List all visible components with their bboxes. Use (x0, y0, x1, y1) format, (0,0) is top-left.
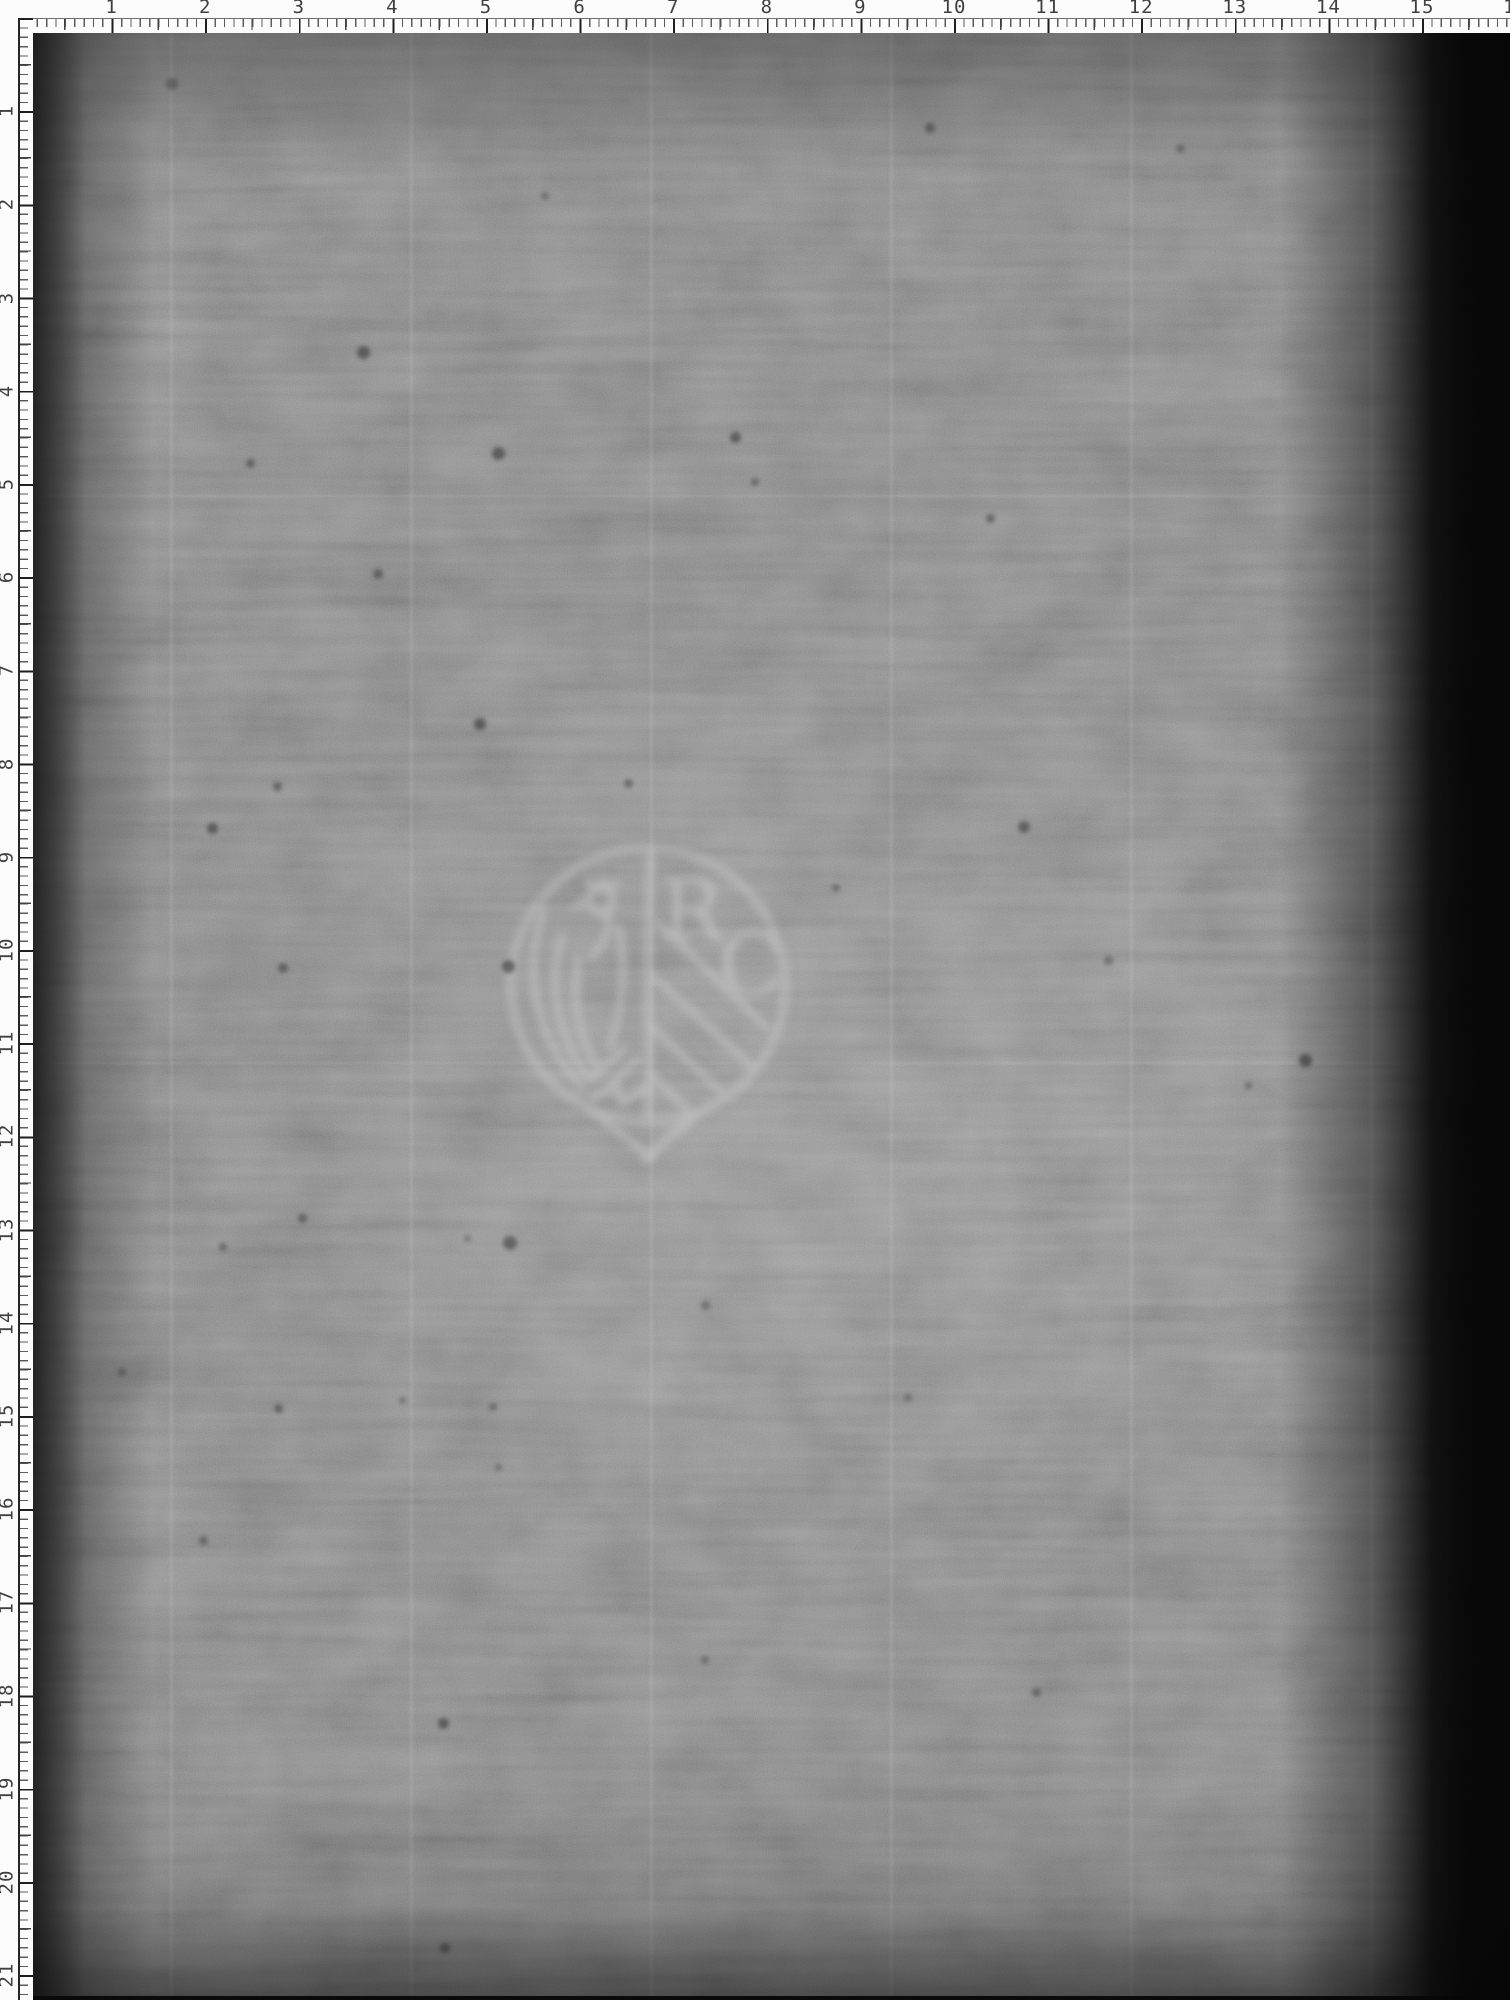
paper-speck (274, 1404, 283, 1413)
ruler-left-label: 8 (0, 757, 17, 769)
paper-speck (986, 514, 995, 523)
ruler-left-label: 5 (0, 478, 17, 490)
paper-speck (207, 823, 218, 834)
chain-line (410, 33, 413, 2000)
ruler-left-label: 10 (0, 938, 17, 963)
ruler-top-label: 11 (1035, 0, 1060, 17)
ruler-top-label: 4 (386, 0, 398, 17)
ruler-top-label: 15 (1410, 0, 1435, 17)
paper-speck (751, 478, 759, 486)
paper-speck (219, 1243, 227, 1251)
ruler-top-label: 16 (1503, 0, 1510, 17)
ruler-left-label: 1 (0, 105, 17, 117)
paper-speck (701, 1656, 709, 1664)
paper-speck (503, 1236, 517, 1250)
paper-speck (298, 1214, 307, 1223)
ruler-left-label: 11 (0, 1031, 17, 1056)
ruler-top-label: 14 (1316, 0, 1341, 17)
paper-speck (492, 447, 505, 460)
ruler-left-label: 14 (0, 1310, 17, 1335)
ruler-left-label: 19 (0, 1776, 17, 1801)
chain-line (1130, 33, 1133, 2000)
chain-line (1370, 33, 1373, 2000)
paper-speck (730, 432, 741, 443)
ruler-left-labels: 123456789101112131415161718192021 (0, 0, 18, 2000)
paper-speck (373, 569, 383, 579)
ruler-top-label: 12 (1129, 0, 1154, 17)
paper-speck (541, 192, 549, 200)
ruler-left-label: 12 (0, 1124, 17, 1149)
ruler-left-cm-ticks (20, 18, 33, 2000)
paper-speck (624, 779, 633, 788)
paper-speck (438, 1718, 449, 1729)
ruler-left-label: 2 (0, 198, 17, 210)
chain-line (890, 33, 893, 2000)
chain-line (170, 33, 173, 2000)
paper-speck (464, 1235, 471, 1242)
paper-speck (489, 1403, 497, 1411)
paper-speck (246, 459, 255, 468)
ruler-left-label: 21 (0, 1963, 17, 1988)
paper-speck (273, 782, 282, 791)
ruler-left-label: 20 (0, 1870, 17, 1895)
ruler-left-label: 13 (0, 1217, 17, 1242)
paper-speck (1245, 1082, 1252, 1089)
ruler-top-ticks (18, 18, 1510, 33)
ruler-top-cm-ticks (18, 19, 1510, 33)
paper-texture: R C (33, 33, 1510, 2000)
ruler-left-label: 18 (0, 1683, 17, 1708)
paper-speck (166, 78, 178, 90)
ruler-top-labels: 012345678910111213141516 (0, 0, 1510, 18)
paper-speck (1299, 1054, 1312, 1067)
crease-line (33, 1062, 1510, 1064)
paper-speck (199, 1536, 208, 1545)
ruler-left-label: 16 (0, 1497, 17, 1522)
watermark-tip-knob (642, 1151, 655, 1164)
paper-speck (1032, 1688, 1041, 1697)
ruler-top-label: 10 (942, 0, 967, 17)
paper-sheet: R C (33, 33, 1510, 2000)
paper-speck (118, 1368, 126, 1376)
ruler-left-label: 6 (0, 571, 17, 583)
paper-speck (399, 1397, 406, 1404)
paper-speck (1104, 956, 1113, 965)
ruler-left-label: 3 (0, 291, 17, 303)
paper-speck (474, 718, 486, 730)
ruler-top-label: 13 (1222, 0, 1247, 17)
ruler-top: 012345678910111213141516 (0, 0, 1510, 33)
watermark-letter: R (660, 862, 727, 962)
ruler-top-label: 9 (854, 0, 866, 17)
paper-speck (904, 1394, 912, 1402)
paper-speck (495, 1464, 502, 1471)
radiograph-stage: R C 012345678910111213141516 1234 (0, 0, 1510, 2000)
paper-speck (440, 1943, 450, 1953)
paper-speck (832, 884, 840, 892)
ruler-top-label: 3 (293, 0, 305, 17)
streak-layer (33, 33, 1510, 2000)
ruler-left-label: 4 (0, 385, 17, 397)
paper-speck (1176, 144, 1185, 153)
chain-line (650, 33, 653, 2000)
ruler-left-label: 7 (0, 664, 17, 676)
ruler-left-label: 17 (0, 1590, 17, 1615)
ruler-left-label: 15 (0, 1404, 17, 1429)
crease-line (33, 495, 1510, 497)
ruler-left: 123456789101112131415161718192021 (0, 0, 33, 2000)
paper-speck (502, 960, 515, 973)
paper-speck (357, 346, 370, 359)
ruler-top-label: 7 (667, 0, 679, 17)
ruler-top-label: 2 (199, 0, 211, 17)
ruler-top-label: 6 (573, 0, 585, 17)
ruler-top-label: 5 (480, 0, 492, 17)
ruler-top-label: 1 (105, 0, 117, 17)
watermark-letter: C (718, 916, 784, 1016)
ruler-top-label: 8 (761, 0, 773, 17)
paper-speck (701, 1301, 710, 1310)
paper-speck (1018, 821, 1030, 833)
ruler-left-label: 9 (0, 851, 17, 863)
paper-speck (278, 963, 288, 973)
paper-speck (925, 123, 935, 133)
ruler-left-ticks (18, 18, 33, 2000)
